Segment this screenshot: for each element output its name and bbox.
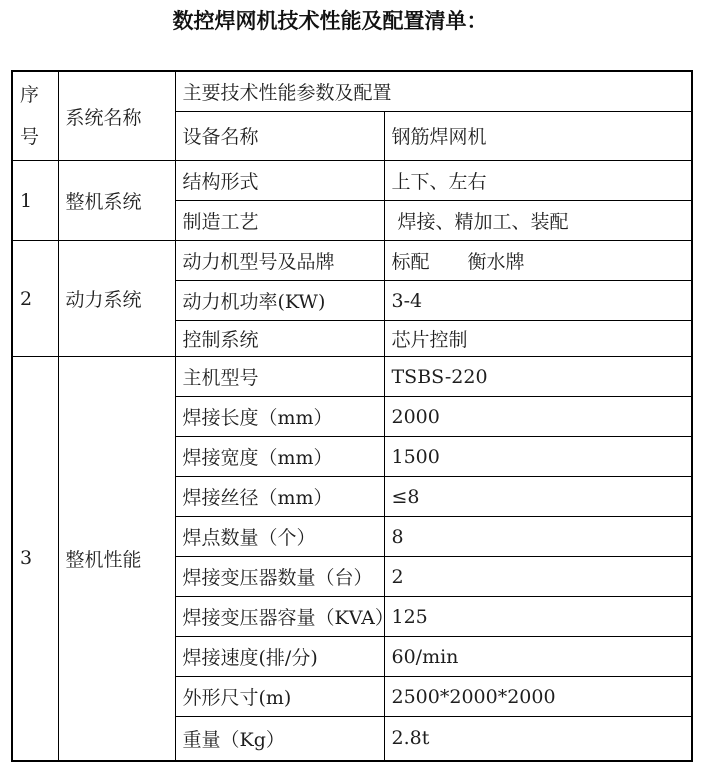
device-name-label-cell: 设备名称 bbox=[175, 111, 384, 160]
param-value-cell: 2.8t bbox=[384, 717, 692, 761]
group-index-cell: 3 bbox=[12, 357, 58, 761]
group-index-cell: 1 bbox=[12, 161, 58, 241]
param-label-cell: 焊接长度（mm） bbox=[175, 397, 384, 437]
param-label-cell: 重量（Kg） bbox=[175, 717, 384, 761]
param-value-cell: 标配 衡水牌 bbox=[384, 241, 692, 281]
param-label-cell: 主机型号 bbox=[175, 357, 384, 397]
param-value-cell: 2000 bbox=[384, 397, 692, 437]
document-title: 数控焊网机技术性能及配置清单： bbox=[0, 0, 660, 34]
param-label-cell: 动力机型号及品牌 bbox=[175, 241, 384, 281]
document-page: 数控焊网机技术性能及配置清单： 序号 系统名称 主要技术性能参数及配置 设备名称… bbox=[0, 0, 712, 769]
param-label-cell: 焊接变压器容量（KVA） bbox=[175, 597, 384, 637]
param-label-cell: 外形尺寸(m) bbox=[175, 677, 384, 717]
table-row: 2 动力系统 动力机型号及品牌 标配 衡水牌 bbox=[12, 241, 692, 281]
group-system-cell: 动力系统 bbox=[58, 241, 175, 357]
param-value-cell: 2500*2000*2000 bbox=[384, 677, 692, 717]
param-label-cell: 动力机功率(KW) bbox=[175, 281, 384, 321]
param-label-cell: 控制系统 bbox=[175, 321, 384, 357]
param-value-cell: 焊接、精加工、装配 bbox=[384, 201, 692, 241]
param-label-cell: 焊点数量（个） bbox=[175, 517, 384, 557]
param-label-cell: 制造工艺 bbox=[175, 201, 384, 241]
param-value-cell: 125 bbox=[384, 597, 692, 637]
header-cell-system-name: 系统名称 bbox=[58, 71, 175, 161]
device-name-value-cell: 钢筋焊网机 bbox=[384, 111, 692, 160]
header-cell-index: 序号 bbox=[12, 71, 58, 161]
param-value-cell: 1500 bbox=[384, 437, 692, 477]
table-row: 1 整机系统 结构形式 上下、左右 bbox=[12, 161, 692, 201]
group-index-cell: 2 bbox=[12, 241, 58, 357]
param-label-cell: 焊接变压器数量（台） bbox=[175, 557, 384, 597]
param-value-cell: 60/min bbox=[384, 637, 692, 677]
group-system-cell: 整机系统 bbox=[58, 161, 175, 241]
spec-table: 序号 系统名称 主要技术性能参数及配置 设备名称 钢筋焊网机 1 整机系统 结构… bbox=[11, 70, 693, 762]
param-label-cell: 焊接丝径（mm） bbox=[175, 477, 384, 517]
group-system-cell: 整机性能 bbox=[58, 357, 175, 761]
header-cell-params: 主要技术性能参数及配置 bbox=[175, 71, 692, 111]
param-value-cell: 上下、左右 bbox=[384, 161, 692, 201]
param-value-cell: 8 bbox=[384, 517, 692, 557]
param-label-cell: 焊接速度(排/分) bbox=[175, 637, 384, 677]
table-row: 3 整机性能 主机型号 TSBS-220 bbox=[12, 357, 692, 397]
param-value-cell: TSBS-220 bbox=[384, 357, 692, 397]
param-label-cell: 焊接宽度（mm） bbox=[175, 437, 384, 477]
param-value-cell: 芯片控制 bbox=[384, 321, 692, 357]
param-value-cell: ≤8 bbox=[384, 477, 692, 517]
param-value-cell: 2 bbox=[384, 557, 692, 597]
param-label-cell: 结构形式 bbox=[175, 161, 384, 201]
param-value-cell: 3-4 bbox=[384, 281, 692, 321]
header-row-1: 序号 系统名称 主要技术性能参数及配置 bbox=[12, 71, 692, 111]
